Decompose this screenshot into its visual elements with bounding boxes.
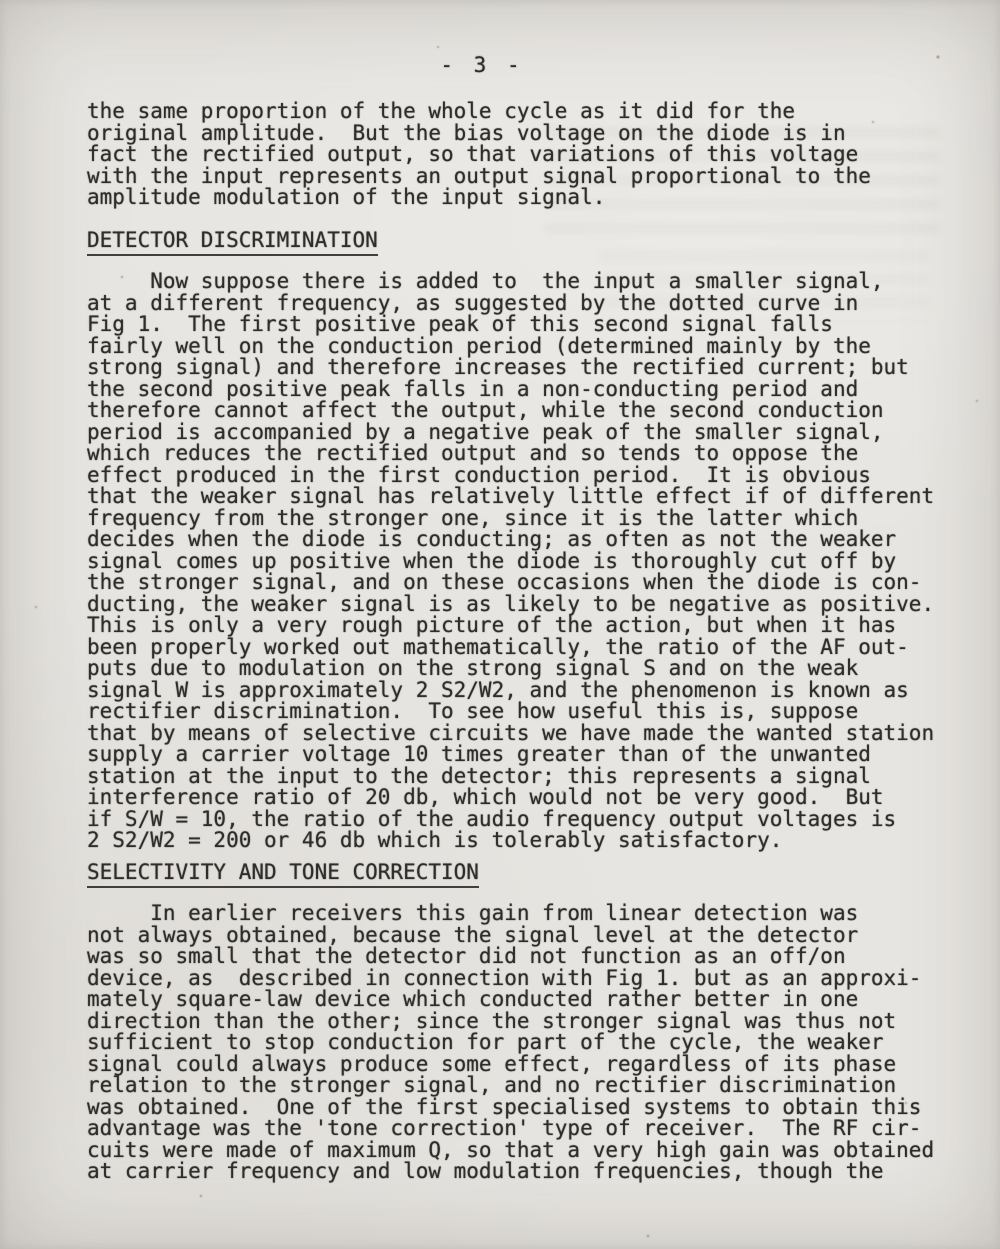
- scanned-document-page: - 3 - the same proportion of the whole c…: [0, 0, 1000, 1249]
- section-heading-selectivity-tone-correction: SELECTIVITY AND TONE CORRECTION: [87, 862, 957, 884]
- section-heading-text: SELECTIVITY AND TONE CORRECTION: [87, 860, 479, 888]
- paragraph-intro-continuation: the same proportion of the whole cycle a…: [87, 101, 957, 209]
- paragraph-selectivity-tone-correction: In earlier receivers this gain from line…: [87, 903, 957, 1183]
- section-heading-text: DETECTOR DISCRIMINATION: [87, 228, 378, 256]
- page-number: - 3 -: [0, 55, 964, 77]
- page-text-column: the same proportion of the whole cycle a…: [87, 101, 957, 1183]
- paragraph-detector-discrimination: Now suppose there is added to the input …: [87, 271, 957, 852]
- section-heading-detector-discrimination: DETECTOR DISCRIMINATION: [87, 230, 957, 252]
